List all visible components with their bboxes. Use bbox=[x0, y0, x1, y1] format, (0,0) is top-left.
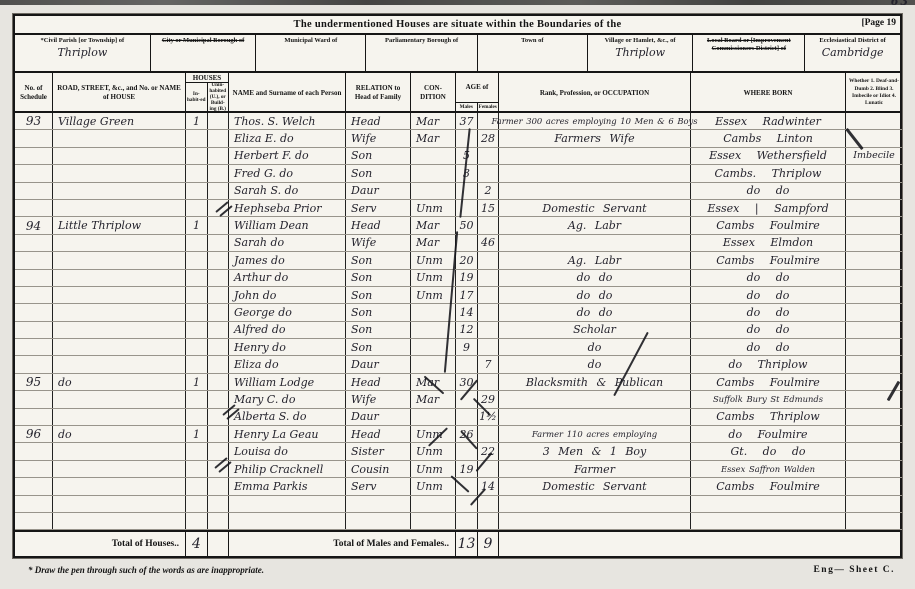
cell-houses-inhabited: 1 bbox=[186, 217, 208, 233]
cell-schedule-number: 94 bbox=[15, 217, 53, 233]
census-row: Fred G. do Son 3 Cambs. Thriplow bbox=[15, 165, 902, 182]
cell-where-born: do do bbox=[691, 304, 846, 320]
cell-age-female bbox=[478, 148, 499, 164]
col-label-age-males: Males bbox=[456, 103, 478, 113]
cell-houses-inhabited bbox=[186, 513, 208, 529]
cell-occupation: do do bbox=[499, 287, 691, 303]
census-row: Eliza E. do Wife Mar 28 Farmers Wife Cam… bbox=[15, 130, 902, 147]
cell-condition: Unm bbox=[411, 270, 456, 286]
cell-road-street bbox=[53, 235, 186, 251]
cell-age-female bbox=[478, 287, 499, 303]
cell-disability bbox=[846, 287, 902, 303]
cell-person-name: Henry La Geau bbox=[229, 426, 346, 442]
cell-age-female: 29 bbox=[478, 391, 499, 407]
cell-condition: Mar bbox=[411, 374, 456, 390]
page-label: [Page 19 bbox=[861, 18, 896, 28]
cell-occupation: do do bbox=[499, 304, 691, 320]
cell-age-male: 14 bbox=[456, 304, 478, 320]
cell-houses-inhabited bbox=[186, 270, 208, 286]
col-label: HOUSES bbox=[186, 73, 228, 82]
cell-relation: Wife bbox=[346, 391, 411, 407]
census-row: Eliza do Daur 7 do do Thriplow bbox=[15, 356, 902, 373]
district-label: Ecclesiastical District of bbox=[805, 37, 900, 45]
cell-age-male bbox=[456, 478, 478, 494]
cell-condition: Unm bbox=[411, 426, 456, 442]
census-row: Louisa do Sister Unm 22 3 Men & 1 Boy Gt… bbox=[15, 443, 902, 460]
census-row: James do Son Unm 20 Ag. Labr Cambs Foulm… bbox=[15, 252, 902, 269]
cell-disability bbox=[846, 270, 902, 286]
cell-occupation bbox=[499, 183, 691, 199]
cell-road-street: Little Thriplow bbox=[53, 217, 186, 233]
cell-person-name: Emma Parkis bbox=[229, 478, 346, 494]
cell-age-female bbox=[478, 165, 499, 181]
district-value: Cambridge bbox=[805, 46, 900, 59]
district-box: Town of bbox=[478, 35, 588, 71]
cell-condition bbox=[411, 304, 456, 320]
cell-schedule-number bbox=[15, 183, 53, 199]
cell-age-male bbox=[456, 183, 478, 199]
cell-schedule-number bbox=[15, 391, 53, 407]
col-header-born: WHERE BORN bbox=[691, 73, 846, 113]
cell-houses-uninhabited bbox=[208, 478, 229, 494]
footnote: * Draw the pen through such of the words… bbox=[14, 565, 264, 575]
cell-person-name bbox=[229, 496, 346, 512]
cell-occupation: do bbox=[499, 356, 691, 372]
cell-person-name: Arthur do bbox=[229, 270, 346, 286]
cell-houses-inhabited bbox=[186, 443, 208, 459]
cell-houses-uninhabited bbox=[208, 374, 229, 390]
cell-relation: Son bbox=[346, 322, 411, 338]
census-row bbox=[15, 513, 902, 530]
cell-disability bbox=[846, 478, 902, 494]
cell-age-male: 5 bbox=[456, 148, 478, 164]
cell-condition bbox=[411, 339, 456, 355]
cell-person-name: Louisa do bbox=[229, 443, 346, 459]
cell-age-female: 15 bbox=[478, 200, 499, 216]
cell-condition bbox=[411, 183, 456, 199]
total-males-value: 13 bbox=[456, 532, 478, 556]
cell-age-female bbox=[478, 252, 499, 268]
col-label: RELATION to Head of Family bbox=[347, 84, 409, 102]
cell-houses-uninhabited bbox=[208, 270, 229, 286]
cell-disability bbox=[846, 496, 902, 512]
cell-schedule-number bbox=[15, 356, 53, 372]
col-label-uninhabited: Unin-habited (U.), or Build-ing (B.) bbox=[208, 83, 229, 113]
col-label: Whether 1. Deaf-and-Dumb 2. Blind 3. Imb… bbox=[847, 78, 901, 107]
cell-houses-uninhabited bbox=[208, 513, 229, 529]
cell-houses-uninhabited bbox=[208, 426, 229, 442]
cell-disability bbox=[846, 322, 902, 338]
district-box: Local Board or [Improvement Commissioner… bbox=[693, 35, 805, 71]
cell-road-street bbox=[53, 183, 186, 199]
cell-road-street bbox=[53, 356, 186, 372]
census-row: John do Son Unm 17 do do do do bbox=[15, 287, 902, 304]
cell-schedule-number bbox=[15, 409, 53, 425]
cell-condition: Unm bbox=[411, 461, 456, 477]
cell-condition: Unm bbox=[411, 252, 456, 268]
cell-houses-inhabited: 1 bbox=[186, 374, 208, 390]
census-row: Hephseba Prior Serv Unm 15 Domestic Serv… bbox=[15, 200, 902, 217]
cell-occupation: Blacksmith & Publican bbox=[499, 374, 691, 390]
cell-where-born: Essex Radwinter bbox=[691, 113, 846, 129]
cell-person-name: Philip Cracknell bbox=[229, 461, 346, 477]
cell-houses-uninhabited bbox=[208, 322, 229, 338]
cell-age-male bbox=[456, 356, 478, 372]
cell-houses-inhabited bbox=[186, 478, 208, 494]
cell-relation: Head bbox=[346, 113, 411, 129]
cell-age-male bbox=[456, 235, 478, 251]
census-row: Sarah do Wife Mar 46 Essex Elmdon bbox=[15, 235, 902, 252]
cell-where-born: Essex Saffron Walden bbox=[691, 461, 846, 477]
cell-person-name: Henry do bbox=[229, 339, 346, 355]
cell-where-born: do do bbox=[691, 270, 846, 286]
cell-schedule-number bbox=[15, 496, 53, 512]
cell-road-street: Village Green bbox=[53, 113, 186, 129]
district-box: City or Municipal Borough of bbox=[151, 35, 257, 71]
cell-disability bbox=[846, 391, 902, 407]
cell-schedule-number: 95 bbox=[15, 374, 53, 390]
district-box: Municipal Ward of bbox=[256, 35, 366, 71]
total-females-value: 9 bbox=[478, 532, 499, 556]
form-title: The undermentioned Houses are situate wi… bbox=[294, 19, 622, 30]
cell-age-male bbox=[456, 130, 478, 146]
cell-disability bbox=[846, 461, 902, 477]
cell-relation: Head bbox=[346, 217, 411, 233]
cell-age-female: 1½ bbox=[478, 409, 499, 425]
cell-person-name: George do bbox=[229, 304, 346, 320]
census-row: Alberta S. do Daur 1½ Cambs Thriplow bbox=[15, 409, 902, 426]
col-header-road: ROAD, STREET, &c., and No. or NAME of HO… bbox=[53, 73, 186, 113]
cell-age-female bbox=[478, 426, 499, 442]
cell-houses-uninhabited bbox=[208, 130, 229, 146]
cell-road-street bbox=[53, 496, 186, 512]
cell-houses-inhabited bbox=[186, 356, 208, 372]
cell-houses-inhabited bbox=[186, 165, 208, 181]
cell-road-street: do bbox=[53, 426, 186, 442]
cell-disability bbox=[846, 339, 902, 355]
district-label: *Civil Parish [or Township] of bbox=[15, 37, 150, 45]
cell-where-born: Essex Elmdon bbox=[691, 235, 846, 251]
cell-person-name: Alberta S. do bbox=[229, 409, 346, 425]
cell-houses-uninhabited bbox=[208, 496, 229, 512]
cell-where-born: Cambs. Thriplow bbox=[691, 165, 846, 181]
census-form: The undermentioned Houses are situate wi… bbox=[13, 14, 902, 558]
cell-age-female: 46 bbox=[478, 235, 499, 251]
cell-houses-inhabited bbox=[186, 496, 208, 512]
district-label: Town of bbox=[478, 37, 587, 45]
cell-condition bbox=[411, 496, 456, 512]
census-row: 96 do 1 Henry La Geau Head Unm 26 Farmer… bbox=[15, 426, 902, 443]
cell-age-female: 7 bbox=[478, 356, 499, 372]
cell-condition: Unm bbox=[411, 478, 456, 494]
cell-person-name: Eliza E. do bbox=[229, 130, 346, 146]
cell-where-born: Suffolk Bury St Edmunds bbox=[691, 391, 846, 407]
cell-condition: Unm bbox=[411, 443, 456, 459]
cell-where-born: Essex Wethersfield bbox=[691, 148, 846, 164]
sheet-label: Eng— Sheet C. bbox=[813, 565, 901, 575]
cell-age-female: 14 bbox=[478, 478, 499, 494]
table-header: No. of Schedule ROAD, STREET, &c., and N… bbox=[15, 73, 900, 113]
cell-houses-inhabited bbox=[186, 409, 208, 425]
cell-schedule-number bbox=[15, 165, 53, 181]
cell-person-name: Fred G. do bbox=[229, 165, 346, 181]
cell-relation bbox=[346, 513, 411, 529]
cell-schedule-number bbox=[15, 235, 53, 251]
cell-houses-inhabited bbox=[186, 339, 208, 355]
district-label: Village or Hamlet, &c., of bbox=[588, 37, 693, 45]
cell-houses-uninhabited bbox=[208, 183, 229, 199]
cell-age-male: 50 bbox=[456, 217, 478, 233]
cell-houses-uninhabited bbox=[208, 461, 229, 477]
cell-person-name: Sarah do bbox=[229, 235, 346, 251]
cell-houses-inhabited bbox=[186, 304, 208, 320]
cell-houses-inhabited bbox=[186, 322, 208, 338]
cell-relation: Serv bbox=[346, 478, 411, 494]
cell-houses-inhabited bbox=[186, 200, 208, 216]
district-label: City or Municipal Borough of bbox=[151, 37, 256, 45]
cell-disability bbox=[846, 409, 902, 425]
cell-condition bbox=[411, 409, 456, 425]
col-header-relation: RELATION to Head of Family bbox=[346, 73, 411, 113]
cell-occupation bbox=[499, 165, 691, 181]
cell-where-born: do do bbox=[691, 183, 846, 199]
total-uninhabited-cell bbox=[208, 532, 229, 556]
cell-relation: Son bbox=[346, 165, 411, 181]
cell-schedule-number: 96 bbox=[15, 426, 53, 442]
cell-disability bbox=[846, 183, 902, 199]
cell-person-name: Alfred do bbox=[229, 322, 346, 338]
cell-disability bbox=[846, 426, 902, 442]
cell-occupation bbox=[499, 235, 691, 251]
cell-relation: Son bbox=[346, 287, 411, 303]
cell-disability bbox=[846, 235, 902, 251]
district-box: Village or Hamlet, &c., of Thriplow bbox=[588, 35, 694, 71]
cell-occupation: Farmers Wife bbox=[499, 130, 691, 146]
census-row: Herbert F. do Son 5 Essex Wethersfield I… bbox=[15, 148, 902, 165]
cell-age-male bbox=[456, 200, 478, 216]
cell-condition: Mar bbox=[411, 235, 456, 251]
census-row bbox=[15, 496, 902, 513]
cell-age-male bbox=[456, 409, 478, 425]
cell-schedule-number bbox=[15, 270, 53, 286]
cell-occupation: Domestic Servant bbox=[499, 200, 691, 216]
cell-where-born: do Foulmire bbox=[691, 426, 846, 442]
cell-age-male bbox=[456, 443, 478, 459]
cell-where-born: do do bbox=[691, 339, 846, 355]
cell-person-name: William Lodge bbox=[229, 374, 346, 390]
cell-where-born: Cambs Foulmire bbox=[691, 252, 846, 268]
cell-where-born: do Thriplow bbox=[691, 356, 846, 372]
cell-road-street bbox=[53, 252, 186, 268]
cell-condition: Mar bbox=[411, 113, 456, 129]
district-box: Parliamentary Borough of bbox=[366, 35, 478, 71]
cell-person-name: William Dean bbox=[229, 217, 346, 233]
total-persons-label: Total of Males and Females.. bbox=[229, 532, 456, 556]
cell-age-female: 2 bbox=[478, 183, 499, 199]
cell-disability bbox=[846, 443, 902, 459]
cell-houses-inhabited bbox=[186, 252, 208, 268]
cell-occupation: Farmer 300 acres employing 10 Men & 6 Bo… bbox=[499, 113, 691, 129]
cell-houses-inhabited: 1 bbox=[186, 426, 208, 442]
cell-relation bbox=[346, 496, 411, 512]
cell-condition bbox=[411, 322, 456, 338]
cell-houses-inhabited bbox=[186, 130, 208, 146]
cell-age-female: 22 bbox=[478, 443, 499, 459]
cell-where-born: Cambs Thriplow bbox=[691, 409, 846, 425]
cell-age-male: 19 bbox=[456, 461, 478, 477]
cell-road-street bbox=[53, 287, 186, 303]
cell-houses-uninhabited bbox=[208, 200, 229, 216]
cell-occupation bbox=[499, 496, 691, 512]
cell-schedule-number bbox=[15, 287, 53, 303]
cell-relation: Wife bbox=[346, 235, 411, 251]
cell-houses-uninhabited bbox=[208, 443, 229, 459]
total-houses-value: 4 bbox=[186, 532, 208, 556]
district-label: Local Board or [Improvement Commissioner… bbox=[693, 37, 804, 54]
cell-age-female bbox=[478, 322, 499, 338]
col-label: NAME and Surname of each Person bbox=[233, 89, 342, 98]
cell-age-male: 30 bbox=[456, 374, 478, 390]
district-box: *Civil Parish [or Township] of Thriplow bbox=[15, 35, 151, 71]
cell-age-female bbox=[478, 461, 499, 477]
cell-age-female bbox=[478, 270, 499, 286]
cell-houses-inhabited bbox=[186, 148, 208, 164]
cell-road-street bbox=[53, 304, 186, 320]
cell-person-name: James do bbox=[229, 252, 346, 268]
col-header-occupation: Rank, Profession, or OCCUPATION bbox=[499, 73, 691, 113]
cell-road-street bbox=[53, 409, 186, 425]
cell-disability bbox=[846, 252, 902, 268]
cell-age-male: 26 bbox=[456, 426, 478, 442]
cell-road-street bbox=[53, 513, 186, 529]
cell-age-male: 12 bbox=[456, 322, 478, 338]
cell-age-female bbox=[478, 304, 499, 320]
cell-occupation: Farmer bbox=[499, 461, 691, 477]
cell-relation: Son bbox=[346, 148, 411, 164]
cell-road-street: do bbox=[53, 374, 186, 390]
cell-disability bbox=[846, 130, 902, 146]
cell-houses-inhabited bbox=[186, 183, 208, 199]
cell-where-born: Gt. do do bbox=[691, 443, 846, 459]
col-header-condition: CON-DITION bbox=[411, 73, 456, 113]
cell-road-street bbox=[53, 148, 186, 164]
cell-occupation bbox=[499, 409, 691, 425]
col-label-inhabited: In-habit-ed bbox=[186, 83, 208, 113]
cell-occupation bbox=[499, 391, 691, 407]
cell-houses-uninhabited bbox=[208, 252, 229, 268]
cell-person-name bbox=[229, 513, 346, 529]
col-label: CON-DITION bbox=[412, 84, 454, 102]
col-header-schedule: No. of Schedule bbox=[15, 73, 53, 113]
cell-relation: Serv bbox=[346, 200, 411, 216]
cell-age-female bbox=[478, 513, 499, 529]
col-label: Rank, Profession, or OCCUPATION bbox=[540, 89, 649, 98]
cell-houses-uninhabited bbox=[208, 391, 229, 407]
cell-relation: Daur bbox=[346, 183, 411, 199]
cell-person-name: Eliza do bbox=[229, 356, 346, 372]
cell-age-male bbox=[456, 496, 478, 512]
cell-disability bbox=[846, 374, 902, 390]
district-box: Ecclesiastical District of Cambridge bbox=[805, 35, 900, 71]
page-footer: * Draw the pen through such of the words… bbox=[14, 565, 901, 575]
cell-road-street bbox=[53, 130, 186, 146]
folio-number: 63 bbox=[891, 0, 910, 8]
cell-disability bbox=[846, 200, 902, 216]
cell-age-male bbox=[456, 391, 478, 407]
col-label: AGE of bbox=[456, 73, 498, 102]
census-row: Philip Cracknell Cousin Unm 19 Farmer Es… bbox=[15, 461, 902, 478]
cell-condition bbox=[411, 513, 456, 529]
cell-houses-inhabited: 1 bbox=[186, 113, 208, 129]
cell-houses-uninhabited bbox=[208, 339, 229, 355]
cell-relation: Son bbox=[346, 270, 411, 286]
col-header-houses: HOUSES In-habit-ed Unin-habited (U.), or… bbox=[186, 73, 229, 113]
col-label: WHERE BORN bbox=[744, 89, 793, 98]
cell-houses-uninhabited bbox=[208, 148, 229, 164]
cell-where-born: Cambs Foulmire bbox=[691, 217, 846, 233]
census-row: Sarah S. do Daur 2 do do bbox=[15, 183, 902, 200]
census-row: 95 do 1 William Lodge Head Mar 30 Blacks… bbox=[15, 374, 902, 391]
cell-condition: Unm bbox=[411, 200, 456, 216]
cell-occupation: Domestic Servant bbox=[499, 478, 691, 494]
cell-disability: Imbecile bbox=[846, 148, 902, 164]
cell-relation: Sister bbox=[346, 443, 411, 459]
cell-where-born bbox=[691, 513, 846, 529]
cell-age-female bbox=[478, 496, 499, 512]
district-value: Thriplow bbox=[588, 46, 693, 59]
cell-where-born: do do bbox=[691, 322, 846, 338]
col-header-name: NAME and Surname of each Person bbox=[229, 73, 346, 113]
cell-schedule-number bbox=[15, 200, 53, 216]
cell-age-female: 28 bbox=[478, 130, 499, 146]
col-header-age: AGE of Males Females bbox=[456, 73, 499, 113]
cell-person-name: Sarah S. do bbox=[229, 183, 346, 199]
cell-schedule-number bbox=[15, 130, 53, 146]
cell-age-male: 9 bbox=[456, 339, 478, 355]
cell-houses-uninhabited bbox=[208, 356, 229, 372]
cell-occupation: Farmer 110 acres employing bbox=[499, 426, 691, 442]
cell-houses-uninhabited bbox=[208, 217, 229, 233]
cell-person-name: Mary C. do bbox=[229, 391, 346, 407]
totals-row: Total of Houses.. 4 Total of Males and F… bbox=[15, 530, 900, 556]
cell-houses-inhabited bbox=[186, 287, 208, 303]
cell-age-male bbox=[456, 513, 478, 529]
cell-where-born: Essex | Sampford bbox=[691, 200, 846, 216]
district-header: *Civil Parish [or Township] of Thriplow … bbox=[15, 35, 900, 73]
cell-occupation: do bbox=[499, 339, 691, 355]
cell-schedule-number bbox=[15, 478, 53, 494]
col-label: ROAD, STREET, &c., and No. or NAME of HO… bbox=[54, 84, 184, 102]
cell-age-female bbox=[478, 339, 499, 355]
cell-houses-uninhabited bbox=[208, 165, 229, 181]
cell-disability bbox=[846, 113, 902, 129]
cell-houses-uninhabited bbox=[208, 235, 229, 251]
cell-schedule-number bbox=[15, 252, 53, 268]
census-row: 94 Little Thriplow 1 William Dean Head M… bbox=[15, 217, 902, 234]
form-title-bar: The undermentioned Houses are situate wi… bbox=[15, 16, 900, 35]
cell-occupation bbox=[499, 148, 691, 164]
cell-road-street bbox=[53, 443, 186, 459]
cell-occupation: Ag. Labr bbox=[499, 217, 691, 233]
cell-road-street bbox=[53, 339, 186, 355]
cell-schedule-number bbox=[15, 304, 53, 320]
cell-condition bbox=[411, 148, 456, 164]
cell-relation: Wife bbox=[346, 130, 411, 146]
cell-condition bbox=[411, 165, 456, 181]
cell-disability bbox=[846, 165, 902, 181]
cell-where-born bbox=[691, 496, 846, 512]
cell-where-born: Cambs Linton bbox=[691, 130, 846, 146]
